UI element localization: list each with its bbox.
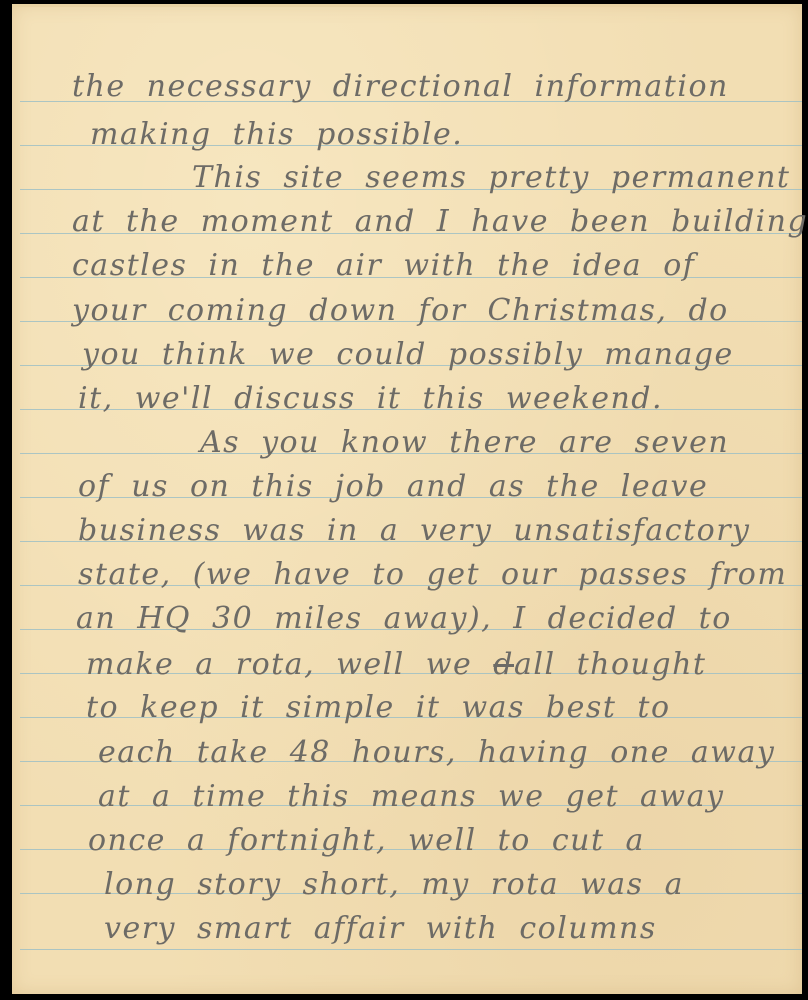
handwritten-line-8: it, we'll discuss it this weekend.	[78, 384, 663, 414]
handwritten-line-4: at the moment and I have been building	[72, 207, 808, 237]
handwritten-line-19: long story short, my rota was a	[104, 870, 684, 900]
handwritten-line-5: castles in the air with the idea of	[72, 251, 695, 281]
handwritten-line-10: of us on this job and as the leave	[78, 472, 708, 502]
handwritten-line-11: business was in a very unsatisfactory	[78, 516, 750, 546]
handwritten-line-9: As you know there are seven	[200, 428, 729, 458]
handwritten-line-13: an HQ 30 miles away), I decided to	[76, 604, 732, 634]
handwritten-line-17: at a time this means we get away	[98, 782, 724, 812]
handwritten-line-7: you think we could possibly manage	[82, 340, 734, 370]
rule-line	[20, 949, 802, 950]
handwritten-line-3: This site seems pretty permanent	[192, 163, 790, 193]
handwritten-line-12: state, (we have to get our passes from	[78, 560, 787, 590]
handwritten-line-1: the necessary directional information	[72, 72, 729, 102]
crossed-out-letter: d	[493, 647, 514, 682]
handwritten-line-15: to keep it simple it was best to	[86, 693, 671, 723]
paper-top-edge	[12, 4, 802, 7]
handwritten-line-2: making this possible.	[90, 120, 463, 150]
letter-page: the necessary directional information ma…	[12, 4, 802, 994]
handwritten-line-18: once a fortnight, well to cut a	[88, 826, 645, 856]
handwritten-line-20: very smart affair with columns	[104, 914, 657, 944]
handwritten-line-16: each take 48 hours, having one away	[98, 738, 775, 768]
line-14-before: make a rota, well we	[86, 647, 493, 682]
handwritten-line-6: your coming down for Christmas, do	[72, 296, 729, 326]
handwritten-line-14: make a rota, well we dall thought	[86, 650, 706, 680]
line-14-after: all thought	[514, 647, 706, 682]
